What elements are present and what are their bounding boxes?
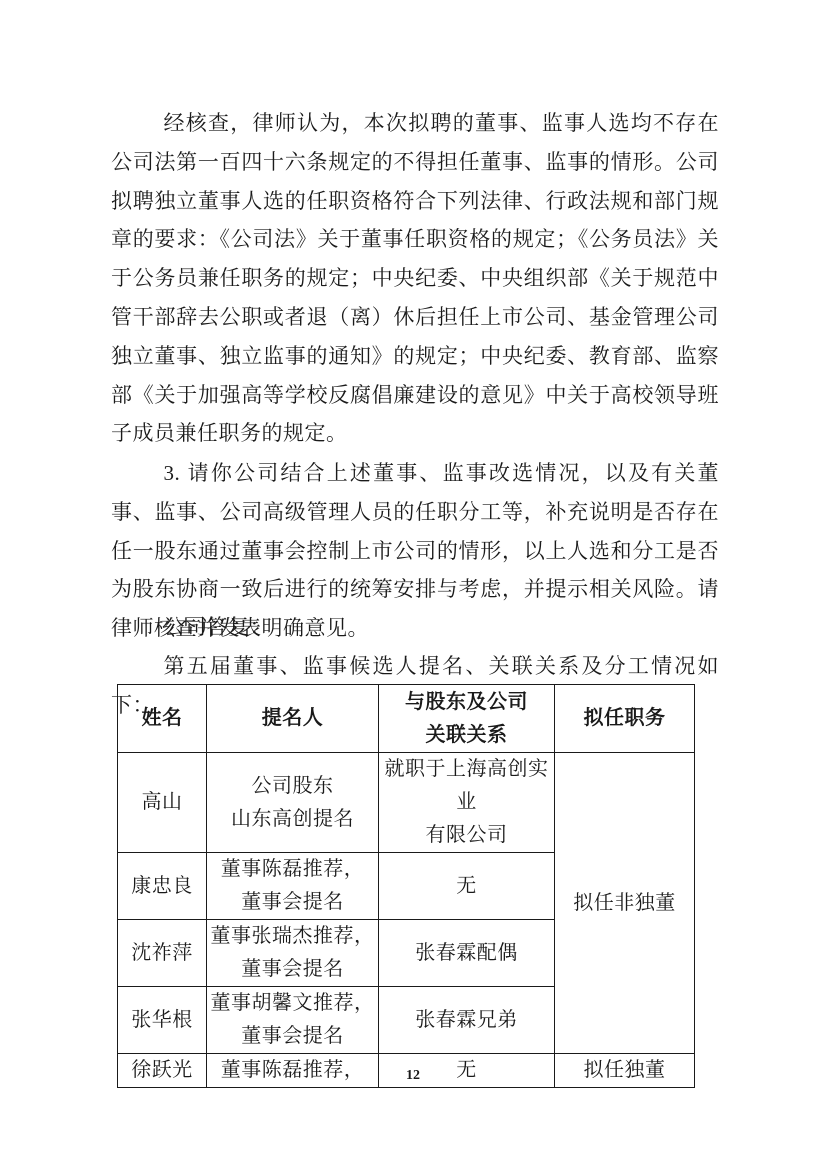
- cell-name: 沈祚萍: [118, 920, 207, 987]
- header-relation: 与股东及公司 关联关系: [379, 685, 555, 753]
- cell-relation: 张春霖兄弟: [379, 987, 555, 1054]
- company-reply-label: 公司答复：: [111, 608, 719, 647]
- table-header-row: 姓名 提名人 与股东及公司 关联关系 拟任职务: [118, 685, 695, 753]
- cell-nominator: 公司股东 山东高创提名: [207, 753, 379, 853]
- cell-nominator: 董事陈磊推荐， 董事会提名: [207, 853, 379, 920]
- cell-nominator: 董事胡馨文推荐， 董事会提名: [207, 987, 379, 1054]
- header-position: 拟任职务: [555, 685, 695, 753]
- cell-merged-position: 拟任非独董: [555, 753, 695, 1054]
- cell-nominator: 董事张瑞杰推荐， 董事会提名: [207, 920, 379, 987]
- cell-relation: 无: [379, 853, 555, 920]
- cell-relation: 张春霖配偶: [379, 920, 555, 987]
- table-row: 高山 公司股东 山东高创提名 就职于上海高创实业 有限公司 拟任非独董: [118, 753, 695, 853]
- header-nominator: 提名人: [207, 685, 379, 753]
- cell-name: 康忠良: [118, 853, 207, 920]
- header-name: 姓名: [118, 685, 207, 753]
- nominees-table: 姓名 提名人 与股东及公司 关联关系 拟任职务 高山 公司股东 山东高创提名 就…: [117, 684, 695, 1088]
- cell-name: 高山: [118, 753, 207, 853]
- page-number: 12: [0, 1068, 826, 1084]
- document-page: 经核查，律师认为，本次拟聘的董事、监事人选均不存在公司法第一百四十六条规定的不得…: [0, 0, 826, 1169]
- paragraph-lawyer-opinion: 经核查，律师认为，本次拟聘的董事、监事人选均不存在公司法第一百四十六条规定的不得…: [111, 104, 719, 453]
- cell-relation: 就职于上海高创实业 有限公司: [379, 753, 555, 853]
- cell-name: 张华根: [118, 987, 207, 1054]
